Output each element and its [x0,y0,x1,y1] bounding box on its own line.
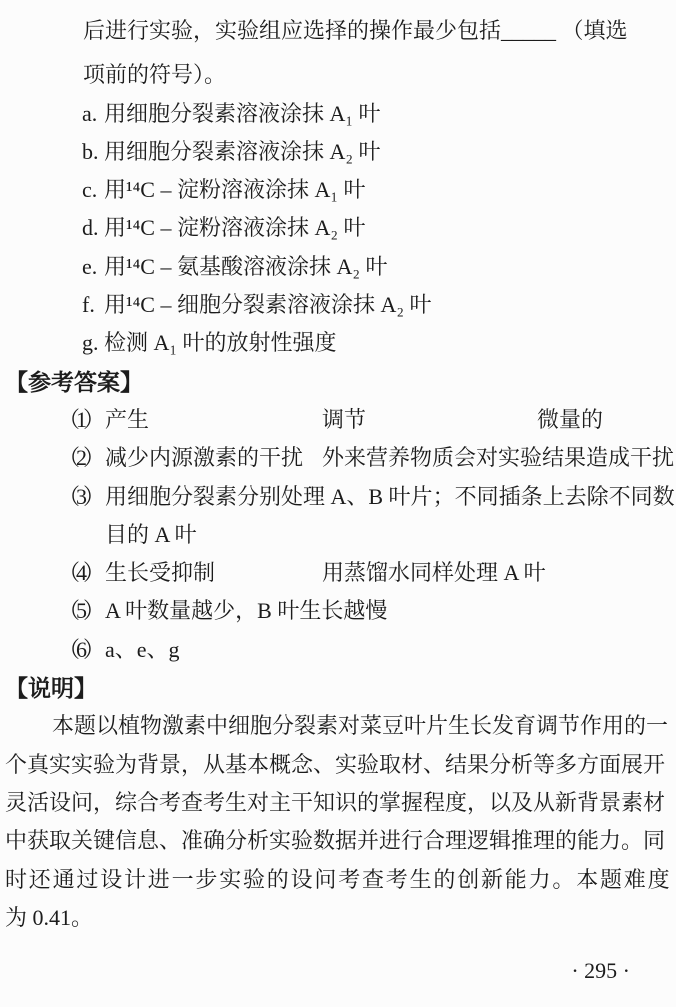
option-d-letter: d. [82,209,104,247]
answer-2-blank-2: 外来营养物质会对实验结果造成干扰 [322,439,674,477]
answer-1: （1）产生 调节 微量的 [0,401,676,439]
answer-3-continuation: 目的 A 叶 [0,516,676,554]
explanation-line-1: 本题以植物激素中细胞分裂素对菜豆叶片生长发育调节作用的一 [0,707,676,745]
answer-4-blank-1: 生长受抑制 [105,560,215,585]
option-a: a.用细胞分裂素溶液涂抹 A₁ 叶 [0,95,676,133]
answer-3-text: 用细胞分裂素分别处理 A、B 叶片；不同插条上去除不同数 [105,484,675,509]
option-g-text: 检测 A₁ 叶的放射性强度 [104,330,337,355]
option-b: b.用细胞分裂素溶液涂抹 A₂ 叶 [0,133,676,171]
option-f: f.用¹⁴C – 细胞分裂素溶液涂抹 A₂ 叶 [0,286,676,324]
answer-6-number: （6） [58,631,105,669]
option-g-letter: g. [82,324,104,362]
document-page: 后进行实验，实验组应选择的操作最少包括_____ （填选 项前的符号）。 a.用… [0,0,676,1007]
answer-5-number: （5） [58,592,105,630]
explanation-heading: 【说明】 [0,669,676,707]
reference-answers-heading: 【参考答案】 [0,363,676,401]
option-a-letter: a. [82,95,104,133]
answer-1-number: （1） [58,401,105,439]
answer-2-number: （2） [58,439,105,477]
answer-1-blank-2: 调节 [322,401,366,439]
answer-1-blank-1: 产生 [105,407,149,432]
answer-5-text: A 叶数量越少，B 叶生长越慢 [105,598,387,623]
option-e-text: 用¹⁴C – 氨基酸溶液涂抹 A₂ 叶 [104,254,388,279]
answer-2-blank-1: 减少内源激素的干扰 [105,445,303,470]
option-c-letter: c. [82,171,104,209]
explanation-line-3: 灵活设问，综合考查考生对主干知识的掌握程度，以及从新背景素材 [0,784,676,822]
explanation-line-5: 时还通过设计进一步实验的设问考查考生的创新能力。本题难度 [0,861,676,899]
answer-6-text: a、e、g [105,637,180,662]
page-number: · 295 · [571,958,630,984]
question-line-2: 项前的符号）。 [0,56,676,94]
question-line-1: 后进行实验，实验组应选择的操作最少包括_____ （填选 [0,12,676,50]
option-c-text: 用¹⁴C – 淀粉溶液涂抹 A₁ 叶 [104,177,366,202]
option-b-text: 用细胞分裂素溶液涂抹 A₂ 叶 [104,139,381,164]
option-c: c.用¹⁴C – 淀粉溶液涂抹 A₁ 叶 [0,171,676,209]
option-f-letter: f. [82,286,104,324]
answer-2: （2）减少内源激素的干扰 外来营养物质会对实验结果造成干扰 [0,439,676,477]
option-d-text: 用¹⁴C – 淀粉溶液涂抹 A₂ 叶 [104,215,366,240]
answer-1-blank-3: 微量的 [537,401,603,439]
option-a-text: 用细胞分裂素溶液涂抹 A₁ 叶 [104,101,381,126]
answer-4: （4）生长受抑制 用蒸馏水同样处理 A 叶 [0,554,676,592]
option-e: e.用¹⁴C – 氨基酸溶液涂抹 A₂ 叶 [0,248,676,286]
answer-3: （3）用细胞分裂素分别处理 A、B 叶片；不同插条上去除不同数 [0,478,676,516]
option-d: d.用¹⁴C – 淀粉溶液涂抹 A₂ 叶 [0,209,676,247]
answer-6: （6）a、e、g [0,631,676,669]
option-b-letter: b. [82,133,104,171]
answer-5: （5）A 叶数量越少，B 叶生长越慢 [0,592,676,630]
option-e-letter: e. [82,248,104,286]
option-g: g.检测 A₁ 叶的放射性强度 [0,324,676,362]
explanation-line-6: 为 0.41。 [0,899,676,937]
answer-4-number: （4） [58,554,105,592]
explanation-line-4: 中获取关键信息、准确分析实验数据并进行合理逻辑推理的能力。同 [0,822,676,860]
answer-4-blank-2: 用蒸馏水同样处理 A 叶 [322,554,546,592]
page-content: 后进行实验，实验组应选择的操作最少包括_____ （填选 项前的符号）。 a.用… [0,0,676,937]
option-f-text: 用¹⁴C – 细胞分裂素溶液涂抹 A₂ 叶 [104,292,432,317]
answer-3-number: （3） [58,478,105,516]
explanation-line-2: 个真实实验为背景，从基本概念、实验取材、结果分析等多方面展开 [0,746,676,784]
